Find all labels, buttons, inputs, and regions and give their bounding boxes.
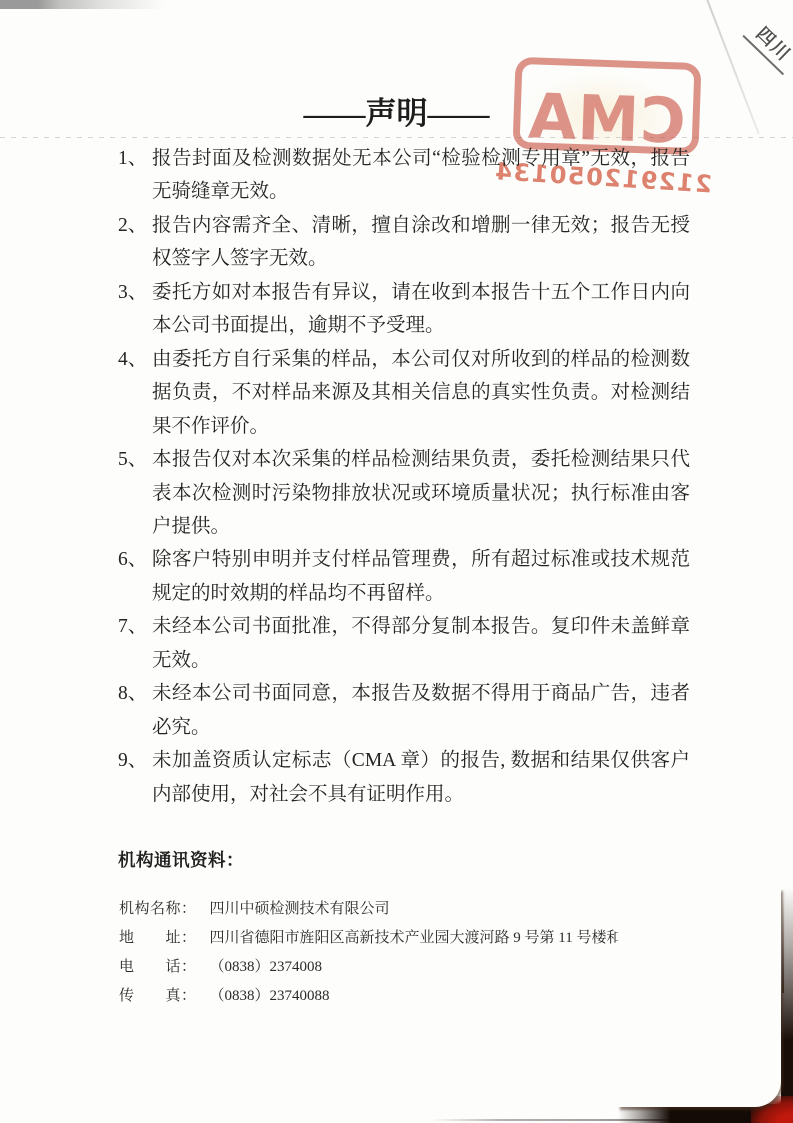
paper-rounded-corner: [618, 888, 781, 1107]
list-item: 5、 本报告仅对本次采集的样品检测结果负责，委托检测结果只代表本次检测时污染物排…: [118, 443, 692, 543]
item-number: 5、: [118, 443, 152, 543]
contact-value: （0838）23740088: [210, 982, 330, 1011]
item-number: 8、: [118, 677, 152, 744]
item-text: 由委托方自行采集的样品，本公司仅对所收到的样品的检测数据负责，不对样品来源及其相…: [152, 343, 690, 443]
item-number: 1、: [118, 142, 152, 209]
declaration-title: ——声明——: [0, 88, 793, 133]
item-text: 报告内容需齐全、清晰，擅自涂改和增删一律无效；报告无授权签字人签字无效。: [152, 209, 690, 276]
item-text: 除客户特别申明并支付样品管理费，所有超过标准或技术规范规定的时效期的样品均不再留…: [152, 543, 690, 610]
scan-smudge-top-left: [0, 0, 170, 9]
item-number: 4、: [118, 343, 152, 443]
list-item: 4、 由委托方自行采集的样品，本公司仅对所收到的样品的检测数据负责，不对样品来源…: [118, 343, 692, 443]
item-number: 9、: [118, 744, 152, 811]
contact-label: 传 真：: [119, 982, 197, 1011]
declaration-list: 1、 报告封面及检测数据处无本公司“检验检测专用章”无效，报告无骑缝章无效。 2…: [118, 142, 692, 811]
list-item: 3、 委托方如对本报告有异议，请在收到本报告十五个工作日内向本公司书面提出，逾期…: [118, 276, 692, 343]
contact-heading: 机构通讯资料：: [118, 847, 244, 872]
contact-label: 地 址：: [119, 924, 197, 953]
item-number: 2、: [118, 209, 152, 276]
contact-label: 机构名称：: [119, 895, 197, 924]
item-number: 7、: [118, 610, 152, 677]
scan-corner-black-right: [781, 888, 793, 1123]
corner-note-text: 四川: [742, 15, 793, 75]
list-item: 9、 未加盖资质认定标志（CMA 章）的报告, 数据和结果仅供客户内部使用，对社…: [118, 744, 692, 811]
list-item: 6、 除客户特别申明并支付样品管理费，所有超过标准或技术规范规定的时效期的样品均…: [118, 543, 692, 610]
item-number: 3、: [118, 276, 152, 343]
scanned-declaration-page: 四川 CMA 212912050134 ——声明—— 1、 报告封面及检测数据处…: [0, 0, 793, 1123]
scan-corner-bottom-right: [618, 888, 793, 1123]
item-text: 未加盖资质认定标志（CMA 章）的报告, 数据和结果仅供客户内部使用，对社会不具…: [152, 744, 690, 811]
item-text: 本报告仅对本次采集的样品检测结果负责，委托检测结果只代表本次检测时污染物排放状况…: [152, 443, 690, 543]
contact-label: 电 话：: [119, 953, 197, 982]
contact-value: （0838）2374008: [210, 953, 323, 982]
item-text: 未经本公司书面批准，不得部分复制本报告。复印件未盖鲜章无效。: [152, 610, 690, 677]
contact-value: 四川省德阳市旌阳区高新技术产业园大渡河路 9 号第 11 号楼和 23 号楼: [210, 924, 674, 953]
item-text: 未经本公司书面同意，本报告及数据不得用于商品广告，违者必究。: [152, 677, 690, 744]
list-item: 2、 报告内容需齐全、清晰，擅自涂改和增删一律无效；报告无授权签字人签字无效。: [118, 209, 692, 276]
item-text: 委托方如对本报告有异议，请在收到本报告十五个工作日内向本公司书面提出，逾期不予受…: [152, 276, 690, 343]
contact-value: 四川中硕检测技术有限公司: [210, 895, 390, 924]
item-number: 6、: [118, 543, 152, 610]
item-text: 报告封面及检测数据处无本公司“检验检测专用章”无效，报告无骑缝章无效。: [152, 142, 690, 209]
list-item: 1、 报告封面及检测数据处无本公司“检验检测专用章”无效，报告无骑缝章无效。: [118, 142, 692, 209]
list-item: 8、 未经本公司书面同意，本报告及数据不得用于商品广告，违者必究。: [118, 677, 692, 744]
list-item: 7、 未经本公司书面批准，不得部分复制本报告。复印件未盖鲜章无效。: [118, 610, 692, 677]
